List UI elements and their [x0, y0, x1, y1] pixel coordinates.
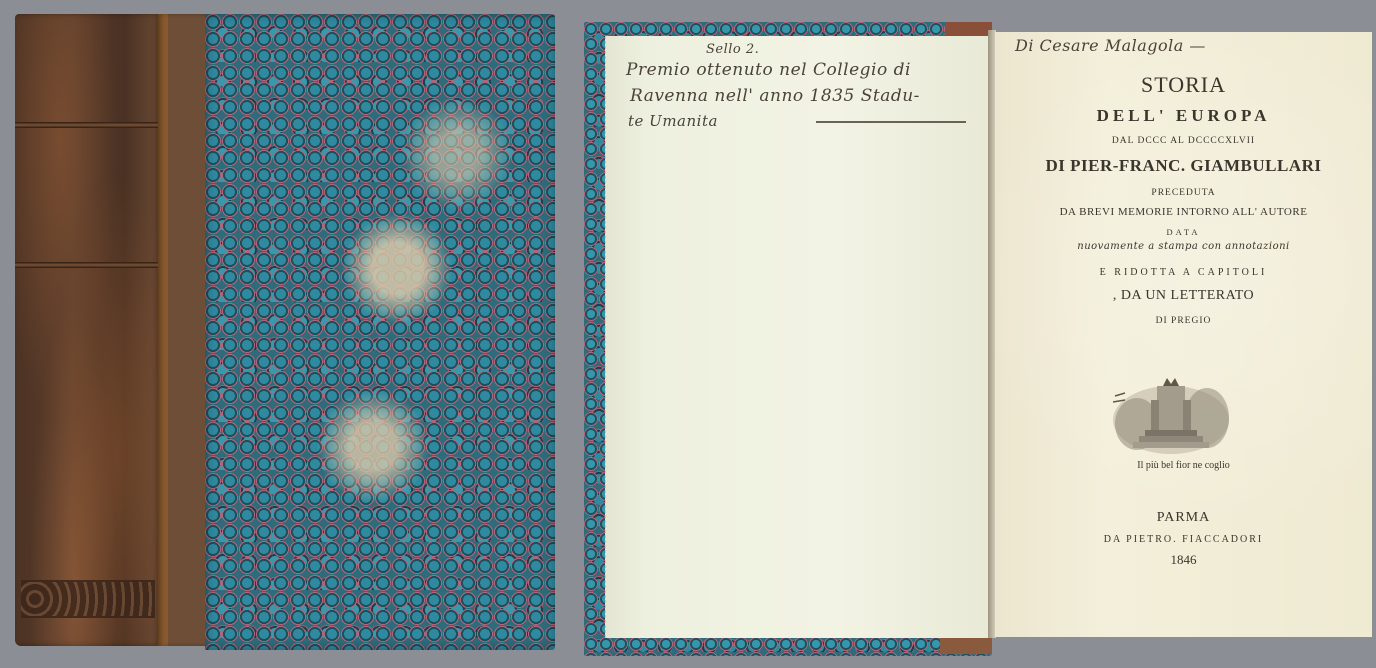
leather-corner-top — [945, 22, 992, 36]
inscription-line-1: Sello 2. — [706, 42, 759, 57]
endpaper: Sello 2. Premio ottenuto nel Collegio di… — [605, 36, 992, 638]
spine-band — [15, 262, 161, 268]
printers-vignette-icon — [1107, 372, 1235, 458]
data-line: DATA — [995, 227, 1372, 237]
spine-band — [15, 122, 161, 128]
author: DI PIER-FRANC. GIAMBULLARI — [995, 156, 1372, 176]
leather-spine — [15, 14, 161, 646]
leather-corner-bottom — [940, 636, 992, 654]
title-page: Di Cesare Malagola — STORIA DELL' EUROPA… — [995, 32, 1372, 637]
leather-hinge-strip — [158, 14, 210, 646]
marbled-paper-cover — [205, 14, 555, 650]
ridotta-line: E RIDOTTA A CAPITOLI — [995, 267, 1372, 278]
subtitle: DELL' EUROPA — [995, 106, 1372, 126]
owner-signature: Di Cesare Malagola — — [1015, 36, 1206, 55]
nuovamente-line: nuovamente a stampa con annotazioni — [995, 241, 1372, 252]
memorie-line: DA BREVI MEMORIE INTORNO ALL' AUTORE — [995, 206, 1372, 218]
inscription-underline — [816, 121, 966, 123]
imprint-publisher: DA PIETRO. FIACCADORI — [995, 534, 1372, 545]
inscription-line-3: Ravenna nell' anno 1835 Stadu- — [630, 86, 920, 106]
title: STORIA — [995, 72, 1372, 98]
letterato-line: , DA UN LETTERATO — [995, 288, 1372, 304]
spine-tooled-ornament — [21, 580, 155, 618]
imprint-year: 1846 — [995, 552, 1372, 568]
vignette-motto: Il più bel fior ne coglio — [995, 460, 1372, 471]
preceduta-line: PRECEDUTA — [995, 188, 1372, 198]
inscription-line-4: te Umanita — [628, 112, 718, 130]
imprint-place: PARMA — [995, 510, 1372, 526]
date-range: DAL DCCC AL DCCCCXLVII — [995, 136, 1372, 146]
pregio-line: DI PREGIO — [995, 316, 1372, 326]
inscription-line-2: Premio ottenuto nel Collegio di — [626, 60, 911, 80]
